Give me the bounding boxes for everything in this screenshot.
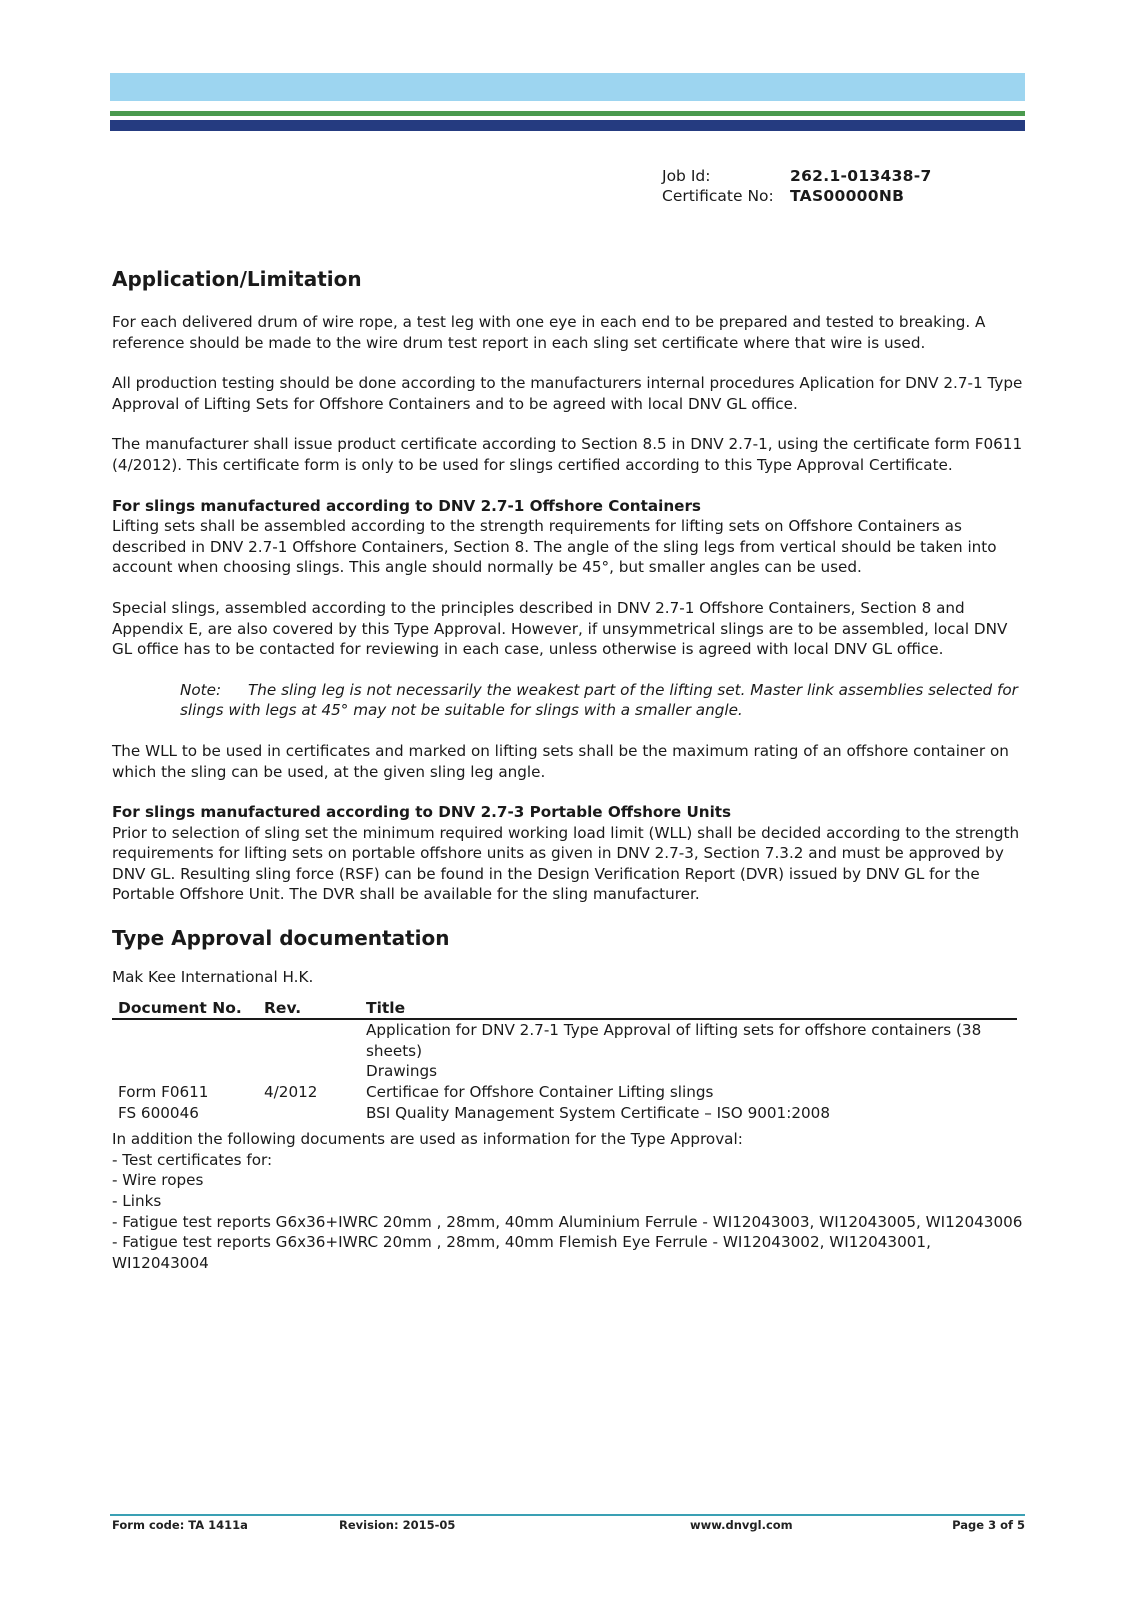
paragraph: All production testing should be done ac… xyxy=(112,373,1027,414)
additional-intro: In addition the following documents are … xyxy=(112,1129,1027,1150)
documents-table: Document No. Rev. Title Application for … xyxy=(112,998,1017,1124)
header-band-blue xyxy=(110,120,1025,131)
footer-website-link[interactable]: www.dnvgl.com xyxy=(690,1518,793,1532)
cell-title: Certificae for Offshore Container Liftin… xyxy=(360,1082,1017,1103)
additional-list: - Test certificates for: - Wire ropes - … xyxy=(112,1150,1027,1274)
job-id-label: Job Id: xyxy=(662,166,790,186)
cell-rev xyxy=(258,1103,360,1124)
footer-revision: Revision: 2015-05 xyxy=(339,1518,455,1532)
subsection-offshore-containers: For slings manufactured according to DNV… xyxy=(112,496,1027,578)
cell-rev xyxy=(258,1019,360,1061)
job-info: Job Id: 262.1-013438-7 Certificate No: T… xyxy=(662,166,932,206)
cell-doc: FS 600046 xyxy=(112,1103,258,1124)
note: Note:The sling leg is not necessarily th… xyxy=(180,680,1027,721)
document-body: Application/Limitation For each delivere… xyxy=(112,266,1027,1273)
certificate-value: TAS00000NB xyxy=(790,186,904,206)
cell-rev xyxy=(258,1061,360,1082)
paragraph: Special slings, assembled according to t… xyxy=(112,598,1027,660)
list-item: - Fatigue test reports G6x36+IWRC 20mm ,… xyxy=(112,1212,1027,1233)
note-label: Note: xyxy=(180,680,248,701)
cell-doc xyxy=(112,1061,258,1082)
list-item: - Links xyxy=(112,1191,1027,1212)
cell-doc xyxy=(112,1019,258,1061)
table-row: Application for DNV 2.7-1 Type Approval … xyxy=(112,1019,1017,1061)
footer-form-code: Form code: TA 1411a xyxy=(112,1518,248,1532)
table-row: Form F0611 4/2012 Certificae for Offshor… xyxy=(112,1082,1017,1103)
table-row: FS 600046 BSI Quality Management System … xyxy=(112,1103,1017,1124)
list-item: - Test certificates for: xyxy=(112,1150,1027,1171)
subsection-portable-units: For slings manufactured according to DNV… xyxy=(112,802,1027,905)
header-band-light xyxy=(110,73,1025,101)
header-band-green xyxy=(110,111,1025,116)
paragraph: For each delivered drum of wire rope, a … xyxy=(112,312,1027,353)
section-title-application: Application/Limitation xyxy=(112,266,1027,292)
company-name: Mak Kee International H.K. xyxy=(112,967,1027,988)
certificate-label: Certificate No: xyxy=(662,186,790,206)
list-item: - Fatigue test reports G6x36+IWRC 20mm ,… xyxy=(112,1232,1027,1273)
section-title-documentation: Type Approval documentation xyxy=(112,925,1027,951)
column-header: Title xyxy=(360,998,1017,1020)
table-row: Drawings xyxy=(112,1061,1017,1082)
list-item: - Wire ropes xyxy=(112,1170,1027,1191)
job-id-value: 262.1-013438-7 xyxy=(790,166,932,186)
cell-doc: Form F0611 xyxy=(112,1082,258,1103)
cell-title: Application for DNV 2.7-1 Type Approval … xyxy=(360,1019,1017,1061)
footer-divider xyxy=(110,1514,1025,1516)
subsection-text: Lifting sets shall be assembled accordin… xyxy=(112,517,997,576)
cell-title: Drawings xyxy=(360,1061,1017,1082)
footer-page-number: Page 3 of 5 xyxy=(952,1518,1025,1532)
cell-rev: 4/2012 xyxy=(258,1082,360,1103)
note-text: The sling leg is not necessarily the wea… xyxy=(180,681,1018,720)
column-header: Document No. xyxy=(112,998,258,1020)
column-header: Rev. xyxy=(258,998,360,1020)
subsection-title: For slings manufactured according to DNV… xyxy=(112,802,1027,823)
cell-title: BSI Quality Management System Certificat… xyxy=(360,1103,1017,1124)
subsection-title: For slings manufactured according to DNV… xyxy=(112,496,1027,517)
subsection-text: Prior to selection of sling set the mini… xyxy=(112,824,1019,904)
paragraph: The manufacturer shall issue product cer… xyxy=(112,434,1027,475)
paragraph: The WLL to be used in certificates and m… xyxy=(112,741,1027,782)
